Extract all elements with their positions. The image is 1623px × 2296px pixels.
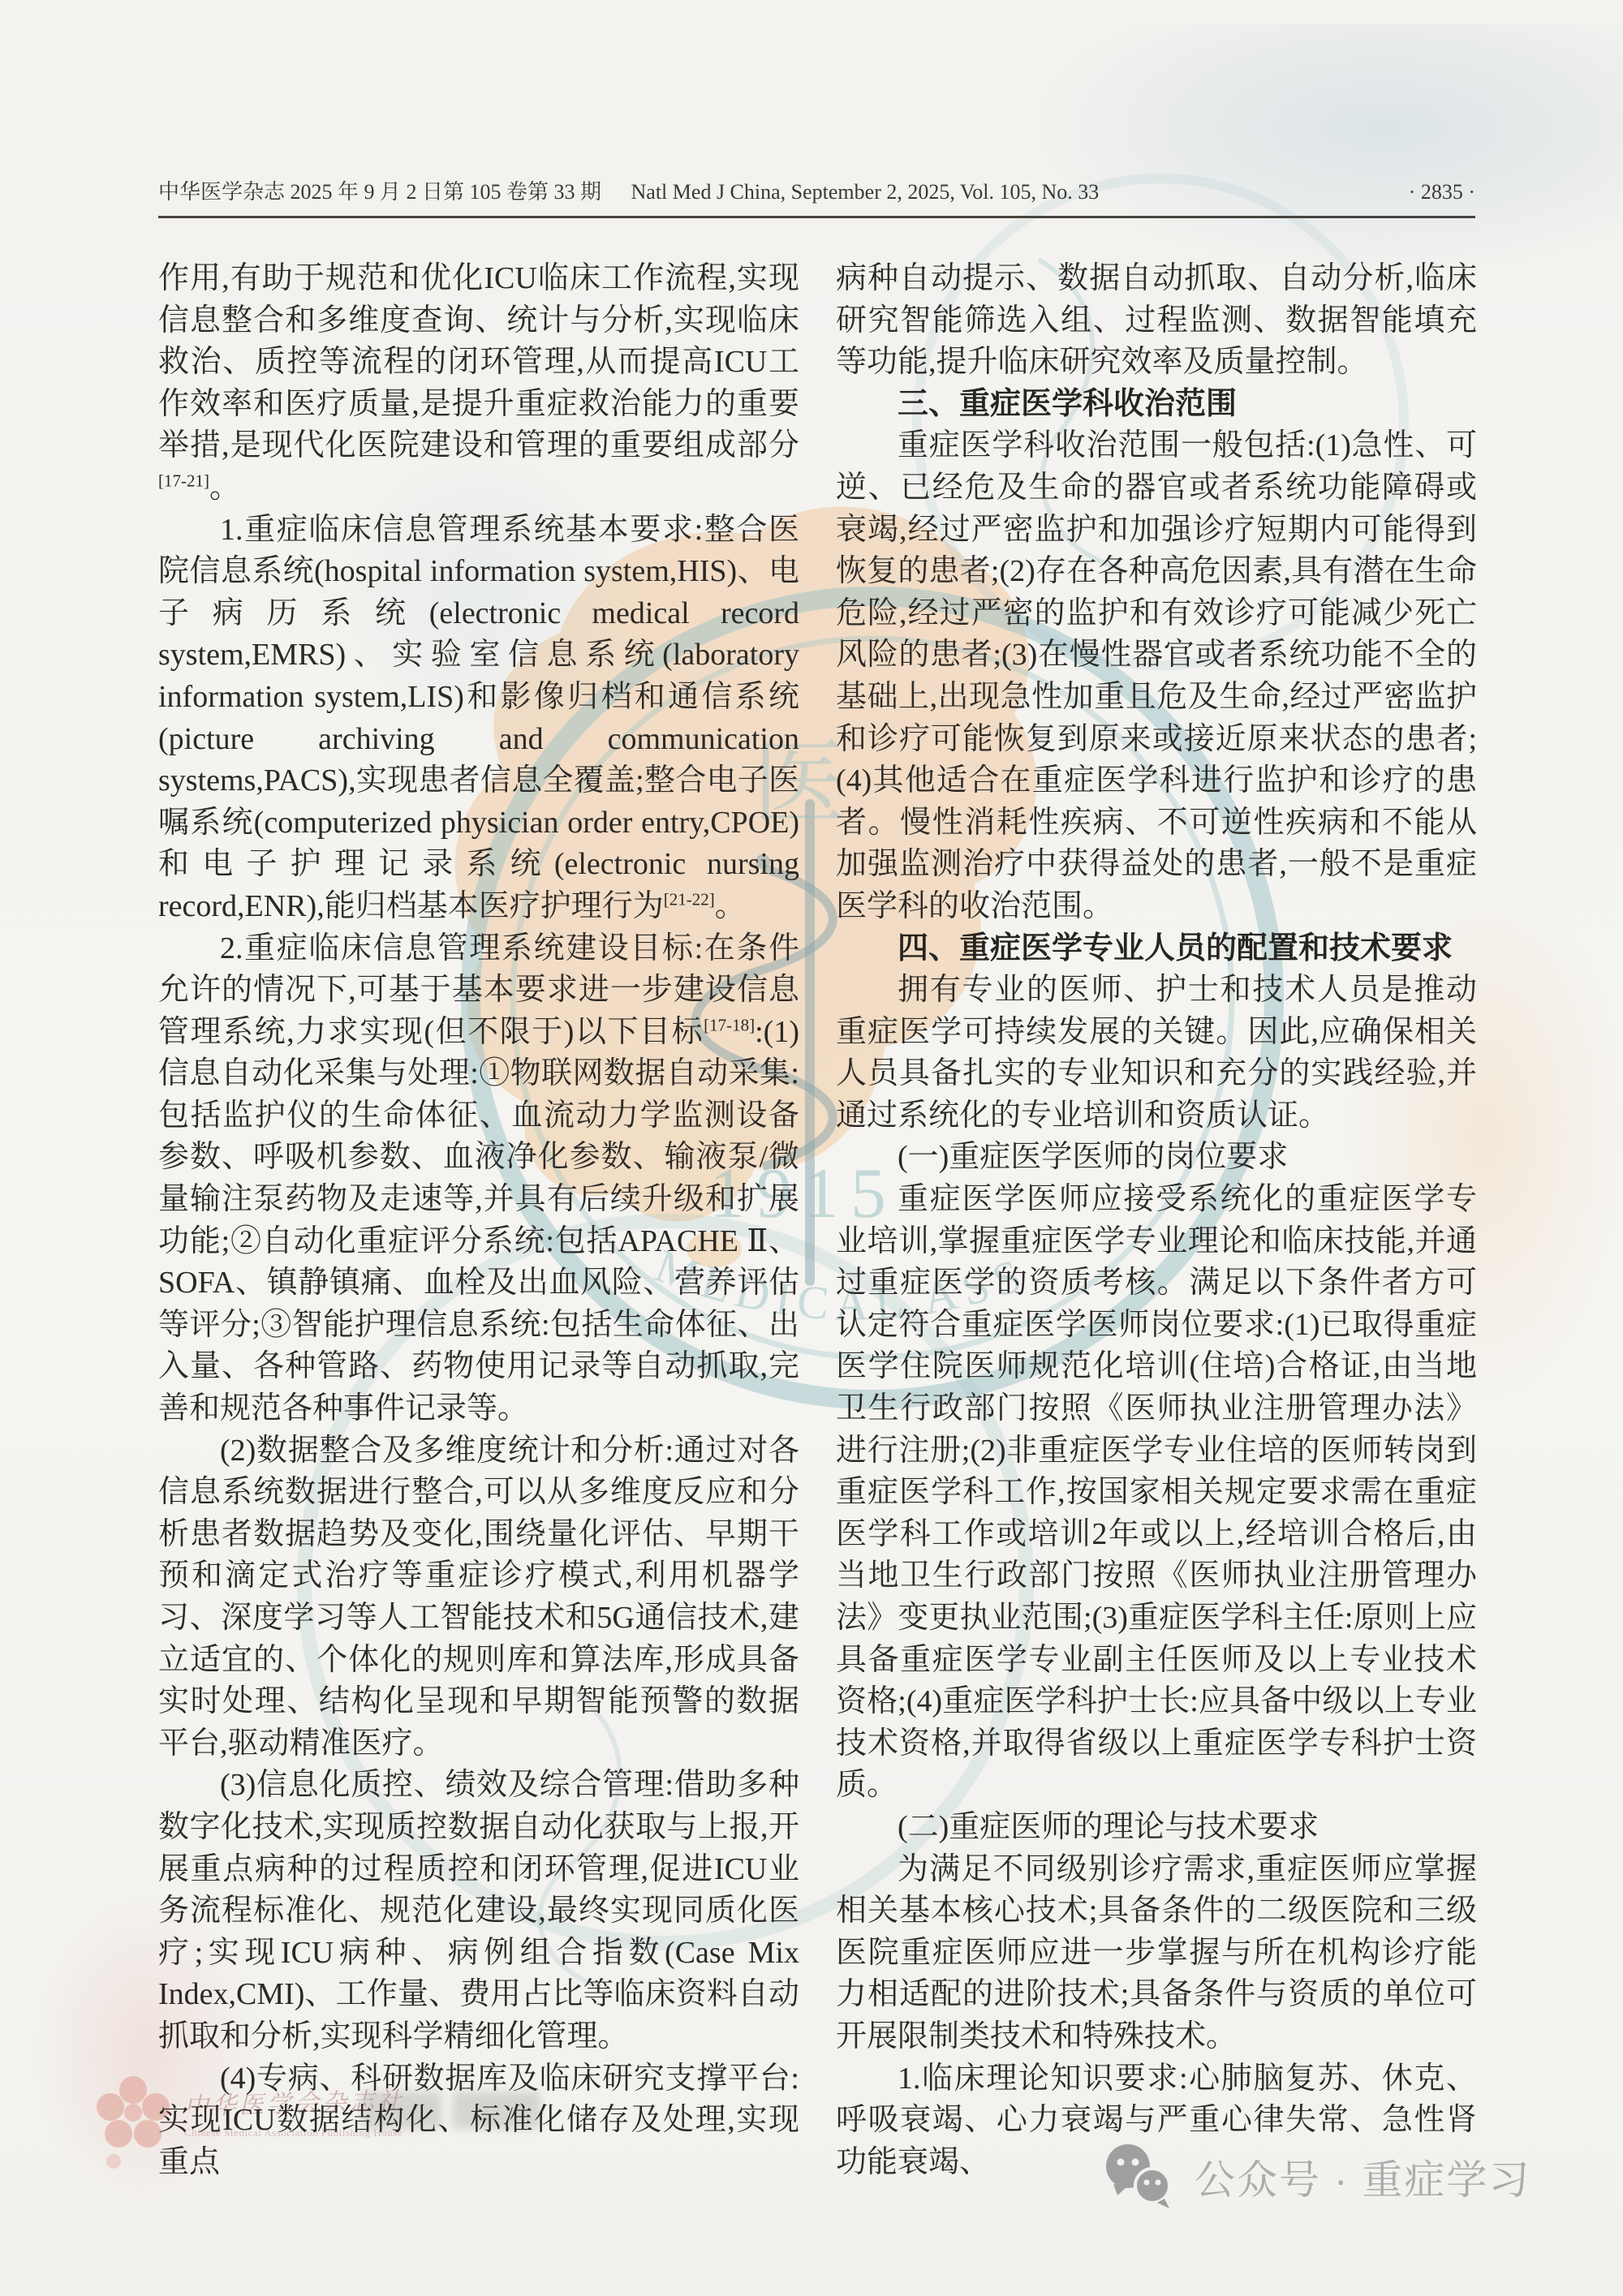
journal-citation: 中华医学杂志 2025 年 9 月 2 日第 105 卷第 33 期 Natl …: [158, 175, 1099, 205]
paragraph: 为满足不同级别诊疗需求,重症医师应掌握相关基本核心技术;具备条件的二级医院和三级…: [836, 1849, 1477, 2058]
subsection-heading: (二)重症医师的理论与技术要求: [836, 1807, 1477, 1849]
paragraph: (4)专病、科研数据库及临床研究支撑平台:实现ICU数据结构化、标准化储存及处理…: [158, 2058, 799, 2184]
right-column: 病种自动提示、数据自动抓取、自动分析,临床研究智能筛选入组、过程监测、数据智能填…: [836, 258, 1477, 2183]
page-number: · 2835 ·: [1409, 180, 1475, 204]
paragraph: 1.重症临床信息管理系统基本要求:整合医院信息系统(hospital infor…: [158, 510, 799, 928]
paragraph: 重症医学科收治范围一般包括:(1)急性、可逆、已经危及生命的器官或者系统功能障碍…: [836, 425, 1477, 927]
subsection-heading: (一)重症医学医师的岗位要求: [836, 1137, 1477, 1179]
journal-title-cn: 中华医学杂志 2025 年 9 月 2 日第 105 卷第 33 期: [158, 180, 601, 204]
section-heading: 四、重症医学专业人员的配置和技术要求: [836, 928, 1477, 970]
article-body: 作用,有助于规范和优化ICU临床工作流程,实现信息整合和多维度查询、统计与分析,…: [158, 258, 1477, 2183]
paragraph: (3)信息化质控、绩效及综合管理:借助多种数字化技术,实现质控数据自动化获取与上…: [158, 1765, 799, 2057]
paragraph: 作用,有助于规范和优化ICU临床工作流程,实现信息整合和多维度查询、统计与分析,…: [158, 258, 799, 510]
blue-tint-wash: [1014, 24, 1623, 284]
paragraph: 拥有专业的医师、护士和技术人员是推动重症医学可持续发展的关键。因此,应确保相关人…: [836, 970, 1477, 1137]
paragraph: 2.重症临床信息管理系统建设目标:在条件允许的情况下,可基于基本要求进一步建设信…: [158, 928, 799, 1430]
left-column: 作用,有助于规范和优化ICU临床工作流程,实现信息整合和多维度查询、统计与分析,…: [158, 258, 799, 2183]
journal-title-en: Natl Med J China, September 2, 2025, Vol…: [631, 180, 1100, 204]
page-header: 中华医学杂志 2025 年 9 月 2 日第 105 卷第 33 期 Natl …: [158, 175, 1475, 205]
paragraph: (2)数据整合及多维度统计和分析:通过对各信息系统数据进行整合,可以从多维度反应…: [158, 1430, 799, 1765]
paragraph: 重症医学医师应接受系统化的重症医学专业培训,掌握重症医学专业理论和临床技能,并通…: [836, 1179, 1477, 1807]
paragraph: 病种自动提示、数据自动抓取、自动分析,临床研究智能筛选入组、过程监测、数据智能填…: [836, 258, 1477, 384]
paragraph: 1.临床理论知识要求:心肺脑复苏、休克、呼吸衰竭、心力衰竭与严重心律失常、急性肾…: [836, 2058, 1477, 2184]
header-rule: [158, 216, 1475, 218]
section-heading: 三、重症医学科收治范围: [836, 384, 1477, 426]
